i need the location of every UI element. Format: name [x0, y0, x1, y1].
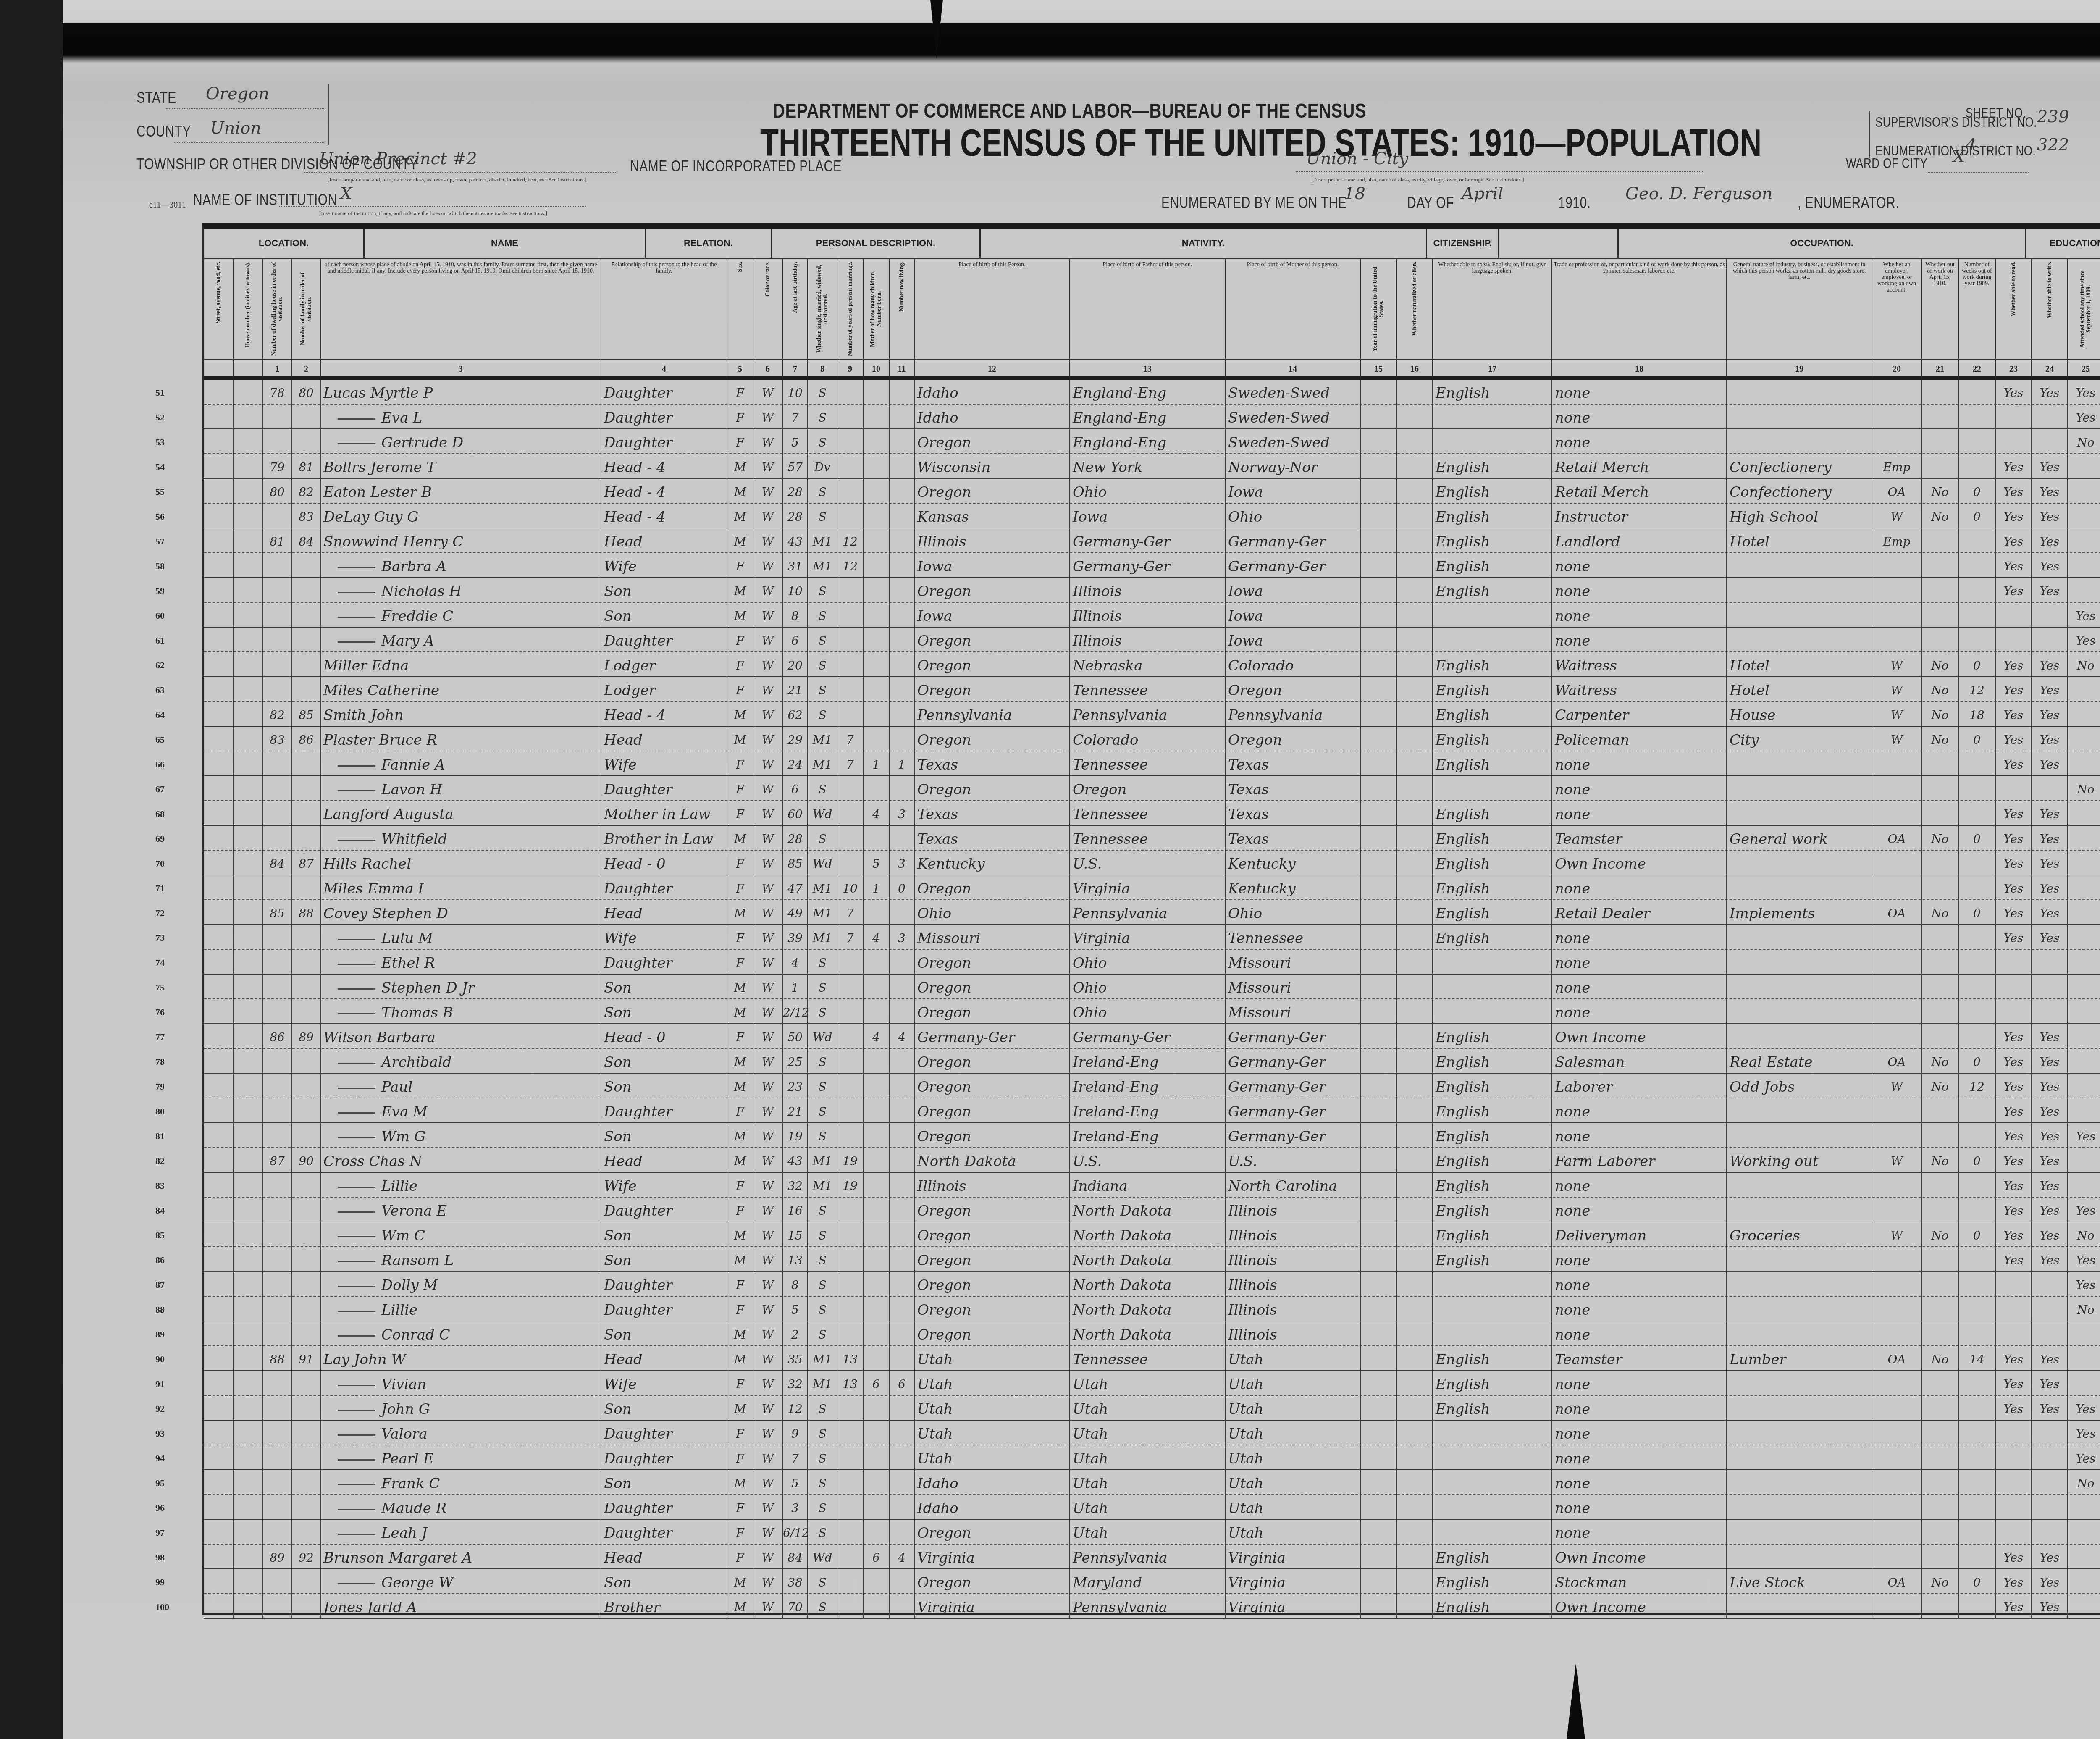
township-underline	[304, 172, 617, 173]
cell-text: Head - 4	[604, 484, 666, 501]
cell-write	[2032, 1297, 2068, 1321]
cell-text: F	[736, 1105, 744, 1119]
cell-marital: S	[808, 1198, 837, 1222]
cell-english: English	[1433, 578, 1552, 603]
cell-empty	[204, 553, 234, 578]
cell-text: Yes	[2004, 510, 2024, 524]
cell-emp	[1872, 429, 1922, 454]
cell-text: City	[1730, 732, 1759, 749]
same-surname-dash	[338, 1013, 375, 1014]
cell-read: Yes	[1996, 851, 2032, 875]
cell-mother: Utah	[1226, 1346, 1361, 1371]
cell-empty	[234, 1346, 263, 1371]
cell-race: W	[753, 999, 783, 1024]
cell-empty	[234, 1173, 263, 1198]
table-row: 8285Smith JohnHead - 4MW62SPennsylvaniaP…	[204, 702, 2100, 727]
cell-empty	[204, 925, 234, 950]
cell-text: 12	[787, 1402, 803, 1416]
cell-text: 0	[1973, 1229, 1981, 1243]
cell-text: Yes	[2004, 1377, 2024, 1391]
cell-text: North Dakota	[1073, 1327, 1171, 1343]
cell-text: W	[762, 1353, 774, 1366]
cell-text: Yes	[2004, 906, 2024, 920]
cell-text: Texas	[917, 831, 958, 848]
cell-empty	[204, 975, 234, 999]
cell-weeks	[1959, 999, 1996, 1024]
cell-born	[864, 1520, 890, 1545]
cell-text: 70	[787, 1600, 803, 1614]
cell-text: Yes	[2040, 1576, 2060, 1589]
table-row: Leah JDaughterFW6/12SOregonUtahUtahnone	[204, 1520, 2100, 1545]
cell-name: Miles Catherine	[321, 677, 601, 702]
cell-industry: Confectionery	[1727, 479, 1872, 504]
cell-born	[864, 1272, 890, 1297]
column-number: 3	[321, 359, 601, 380]
cell-name: Covey Stephen D	[321, 900, 601, 925]
cell-name: Gertrude D	[321, 429, 601, 454]
cell-out	[1922, 1594, 1959, 1619]
cell-age: 31	[783, 553, 808, 578]
cell-text: OA	[1887, 906, 1906, 920]
cell-out	[1922, 578, 1959, 603]
cell-dwelling	[263, 652, 292, 677]
cell-race: W	[753, 1222, 783, 1247]
cell-years-married	[837, 1569, 864, 1594]
cell-empty	[1397, 1074, 1433, 1098]
cell-empty	[234, 479, 263, 504]
cell-text: Illinois	[1073, 608, 1122, 625]
cell-empty	[1397, 628, 1433, 652]
cell-out	[1922, 628, 1959, 652]
same-surname-dash	[338, 1261, 375, 1262]
cell-text: Yes	[2004, 460, 2024, 474]
cell-industry: Hotel	[1727, 677, 1872, 702]
column-header-24: Whether able to write.	[2032, 258, 2068, 359]
cell-sex: M	[727, 1123, 753, 1148]
cell-dwelling	[263, 677, 292, 702]
cell-weeks	[1959, 1545, 1996, 1569]
table-row: 8487Hills RachelHead - 0FW85Wd53Kentucky…	[204, 851, 2100, 875]
cell-marital: S	[808, 603, 837, 628]
cell-age: 3	[783, 1495, 808, 1520]
cell-text: Germany-Ger	[1228, 1128, 1326, 1145]
cell-family: 90	[292, 1148, 321, 1173]
cell-text: 13	[787, 1253, 803, 1267]
column-number: 25	[2068, 359, 2100, 380]
cell-empty	[1361, 950, 1397, 975]
cell-living	[890, 1594, 915, 1619]
cell-trade: none	[1552, 1272, 1727, 1297]
line-number-left: 74	[155, 957, 165, 968]
cell-marital: M1	[808, 1173, 837, 1198]
cell-empty	[1397, 429, 1433, 454]
cell-trade: Policeman	[1552, 727, 1727, 751]
cell-text: Missouri	[1228, 1004, 1291, 1021]
cell-name: Mary A	[321, 628, 601, 652]
cell-text: Utah	[1228, 1500, 1264, 1517]
cell-empty	[204, 1049, 234, 1074]
cell-text: Son	[604, 1079, 632, 1095]
column-header-text: Whether single, married, widowed, or div…	[816, 262, 829, 356]
cell-write: Yes	[2032, 851, 2068, 875]
cell-school	[2068, 826, 2100, 851]
cell-father: Ireland-Eng	[1070, 1049, 1226, 1074]
line-number-left: 75	[155, 982, 165, 993]
cell-empty	[1397, 999, 1433, 1024]
cell-mother: Illinois	[1226, 1198, 1361, 1222]
cell-trade: none	[1552, 1371, 1727, 1396]
cell-text: Tennessee	[1073, 831, 1148, 848]
cell-english: English	[1433, 528, 1552, 553]
cell-relation: Daughter	[601, 1520, 727, 1545]
column-header-17: Whether able to speak English; or, if no…	[1433, 258, 1552, 359]
cell-race: W	[753, 1098, 783, 1123]
cell-race: W	[753, 1321, 783, 1346]
cell-out: No	[1922, 1569, 1959, 1594]
cell-years-married: 19	[837, 1148, 864, 1173]
cell-text: M	[734, 733, 746, 747]
cell-english: English	[1433, 1049, 1552, 1074]
cell-years-married	[837, 1594, 864, 1619]
cell-weeks	[1959, 429, 1996, 454]
cell-text: 19	[843, 1154, 858, 1168]
cell-text: W	[1891, 733, 1903, 747]
cell-weeks: 0	[1959, 826, 1996, 851]
cell-age: 5	[783, 1297, 808, 1321]
cell-empty	[204, 1371, 234, 1396]
cell-race: W	[753, 727, 783, 751]
same-surname-dash	[338, 617, 375, 618]
cell-born	[864, 1123, 890, 1148]
cell-name: Lulu M	[321, 925, 601, 950]
cell-text: Illinois	[1228, 1252, 1277, 1269]
cell-school	[2068, 751, 2100, 776]
cell-school	[2068, 999, 2100, 1024]
cell-empty	[1397, 578, 1433, 603]
cell-text: Jones Jarld A	[323, 1599, 417, 1616]
cell-text: M1	[813, 1377, 832, 1391]
line-number-left: 85	[155, 1230, 165, 1241]
cell-marital: S	[808, 999, 837, 1024]
cell-trade: none	[1552, 875, 1727, 900]
cell-read: Yes	[1996, 751, 2032, 776]
cell-relation: Son	[601, 1074, 727, 1098]
cell-relation: Daughter	[601, 380, 727, 405]
cell-text: Wife	[604, 558, 637, 575]
cell-trade: Carpenter	[1552, 702, 1727, 727]
cell-trade: none	[1552, 1123, 1727, 1148]
cell-text: Head - 4	[604, 509, 666, 525]
column-header-15: Year of immigration to the United States…	[1361, 258, 1397, 359]
cell-read: Yes	[1996, 677, 2032, 702]
cell-text: No	[1931, 659, 1948, 672]
cell-trade: none	[1552, 1520, 1727, 1545]
cell-born	[864, 1049, 890, 1074]
cell-mother: Texas	[1226, 751, 1361, 776]
cell-school: Yes	[2068, 1396, 2100, 1421]
cell-text: Yes	[2004, 1253, 2024, 1267]
cell-empty	[1361, 528, 1397, 553]
cell-text: M	[734, 510, 746, 524]
cell-industry	[1727, 553, 1872, 578]
column-number: 13	[1070, 359, 1226, 380]
cell-text: Missouri	[1228, 980, 1291, 996]
cell-marital: S	[808, 1074, 837, 1098]
cell-text: Mother in Law	[604, 806, 711, 823]
cell-empty	[204, 1198, 234, 1222]
cell-dwelling: 81	[263, 528, 292, 553]
column-number	[234, 359, 263, 380]
cell-text: Illinois	[917, 1178, 966, 1195]
cell-text: Barbra A	[381, 558, 446, 575]
cell-school	[2068, 875, 2100, 900]
line-number-left: 100	[155, 1602, 169, 1613]
cell-out	[1922, 1198, 1959, 1222]
cell-birth: Oregon	[915, 727, 1070, 751]
cell-text: 20	[787, 659, 803, 672]
table-row: 8082Eaton Lester BHead - 4MW28SOregonOhi…	[204, 479, 2100, 504]
cell-family	[292, 553, 321, 578]
column-number: 14	[1226, 359, 1361, 380]
cell-birth: Oregon	[915, 479, 1070, 504]
cell-industry: Real Estate	[1727, 1049, 1872, 1074]
cell-empty	[1361, 628, 1397, 652]
cell-mother: Virginia	[1226, 1594, 1361, 1619]
cell-family	[292, 1421, 321, 1445]
cell-years-married	[837, 1074, 864, 1098]
cell-text: F	[736, 1427, 744, 1441]
cell-english	[1433, 950, 1552, 975]
cell-text: W	[762, 1576, 774, 1589]
cell-relation: Lodger	[601, 677, 727, 702]
cell-race: W	[753, 1074, 783, 1098]
table-row: Conrad CSonMW2SOregonNorth DakotaIllinoi…	[204, 1321, 2100, 1346]
cell-father: Tennessee	[1070, 826, 1226, 851]
cell-text: Son	[604, 1004, 632, 1021]
same-surname-dash	[338, 1286, 375, 1287]
cell-relation: Daughter	[601, 1421, 727, 1445]
cell-text: Odd Jobs	[1730, 1079, 1795, 1095]
cell-father: Utah	[1070, 1445, 1226, 1470]
cell-empty	[1361, 429, 1397, 454]
cell-marital: S	[808, 1520, 837, 1545]
cell-text: Yes	[2040, 510, 2060, 524]
cell-text: Hotel	[1730, 533, 1769, 550]
table-row: Jones Jarld ABrotherMW70SVirginiaPennsyl…	[204, 1594, 2100, 1619]
cell-text: Ohio	[917, 905, 951, 922]
cell-sex: F	[727, 1173, 753, 1198]
line-number-left: 56	[155, 511, 165, 522]
column-header-21: Whether out of work on April 15, 1910.	[1922, 258, 1959, 359]
cell-years-married: 12	[837, 528, 864, 553]
cell-text: Yes	[2004, 832, 2024, 846]
cell-text: Brunson Margaret A	[323, 1550, 472, 1566]
cell-relation: Daughter	[601, 1198, 727, 1222]
cell-weeks	[1959, 578, 1996, 603]
cell-sex: M	[727, 1049, 753, 1074]
table-row: 8689Wilson BarbaraHead - 0FW50Wd44German…	[204, 1024, 2100, 1049]
cell-dwelling	[263, 1123, 292, 1148]
cell-birth: Oregon	[915, 677, 1070, 702]
cell-birth: Oregon	[915, 1049, 1070, 1074]
cell-write: Yes	[2032, 504, 2068, 528]
cell-race: W	[753, 1495, 783, 1520]
cell-race: W	[753, 1371, 783, 1396]
cell-mother: Ohio	[1226, 900, 1361, 925]
cell-text: 12	[843, 560, 858, 573]
cell-text: none	[1555, 1327, 1590, 1343]
cell-relation: Wife	[601, 1371, 727, 1396]
same-surname-dash	[338, 1335, 375, 1337]
cell-text: English	[1436, 1029, 1490, 1046]
cell-text: Freddie C	[381, 608, 453, 625]
cell-marital: M1	[808, 553, 837, 578]
cell-text: Daughter	[604, 434, 672, 451]
cell-text: Idaho	[917, 1500, 958, 1517]
cell-birth: Virginia	[915, 1594, 1070, 1619]
column-header-text: Number of dwelling house in order of vis…	[271, 262, 283, 356]
cell-industry	[1727, 380, 1872, 405]
cell-empty	[1397, 1594, 1433, 1619]
cell-text: Lavon H	[381, 781, 442, 798]
cell-birth: Oregon	[915, 1272, 1070, 1297]
cell-text: English	[1436, 905, 1490, 922]
column-header-text: Whether able to read.	[2011, 262, 2017, 316]
cell-text: Yes	[2040, 1204, 2060, 1218]
cell-empty	[1361, 1148, 1397, 1173]
enumerated-month: April	[1462, 184, 1503, 203]
cell-text: 7	[846, 906, 854, 920]
cell-weeks	[1959, 454, 1996, 479]
cell-born	[864, 652, 890, 677]
cell-text: W	[762, 1130, 774, 1143]
column-number: 5	[727, 359, 753, 380]
cell-text: North Dakota	[1073, 1252, 1171, 1269]
cell-emp	[1872, 578, 1922, 603]
cell-write	[2032, 405, 2068, 429]
cell-birth: Oregon	[915, 776, 1070, 801]
cell-text: Yes	[2040, 1402, 2060, 1416]
cell-text: 2	[791, 1328, 799, 1342]
cell-trade: none	[1552, 1396, 1727, 1421]
cell-text: S	[818, 956, 826, 970]
cell-marital: M1	[808, 751, 837, 776]
cell-text: S	[818, 1600, 826, 1614]
cell-read: Yes	[1996, 479, 2032, 504]
cell-sex: F	[727, 950, 753, 975]
cell-mother: Texas	[1226, 776, 1361, 801]
cell-text: Germany-Ger	[1228, 1079, 1326, 1095]
cell-industry	[1727, 578, 1872, 603]
cell-sex: M	[727, 1396, 753, 1421]
cell-industry	[1727, 950, 1872, 975]
column-header-25: Attended school any time since September…	[2068, 258, 2100, 359]
table-row: ArchibaldSonMW25SOregonIreland-EngGerman…	[204, 1049, 2100, 1074]
cell-empty	[1361, 801, 1397, 826]
column-header-text: Number now living.	[899, 262, 905, 311]
cell-weeks: 0	[1959, 504, 1996, 528]
cell-empty	[204, 1321, 234, 1346]
cell-living: 4	[890, 1545, 915, 1569]
cell-living	[890, 652, 915, 677]
top-notch	[930, 0, 943, 59]
cell-age: 9	[783, 1421, 808, 1445]
cell-born	[864, 1247, 890, 1272]
line-number-left: 77	[155, 1032, 165, 1043]
cell-write	[2032, 1470, 2068, 1495]
cell-school	[2068, 479, 2100, 504]
cell-text: S	[818, 1427, 826, 1441]
cell-birth: Utah	[915, 1346, 1070, 1371]
cell-empty	[1361, 1371, 1397, 1396]
cell-relation: Head - 4	[601, 702, 727, 727]
table-row: PaulSonMW23SOregonIreland-EngGermany-Ger…	[204, 1074, 2100, 1098]
cell-age: 85	[783, 851, 808, 875]
cell-text: High School	[1730, 509, 1818, 525]
cell-race: W	[753, 454, 783, 479]
cell-name: Eaton Lester B	[321, 479, 601, 504]
cell-text: Yes	[2076, 1452, 2096, 1466]
cell-text: none	[1555, 980, 1590, 996]
cell-english	[1433, 776, 1552, 801]
cell-text: Nicholas H	[381, 583, 462, 600]
cell-sex: M	[727, 1222, 753, 1247]
cell-years-married: 7	[837, 727, 864, 751]
cell-living	[890, 1445, 915, 1470]
cell-living: 6	[890, 1371, 915, 1396]
cell-family	[292, 1495, 321, 1520]
cell-trade: none	[1552, 1297, 1727, 1321]
cell-name: Pearl E	[321, 1445, 601, 1470]
cell-text: W	[762, 1179, 774, 1193]
cell-relation: Head	[601, 1148, 727, 1173]
cell-text: 1	[791, 981, 799, 995]
cell-relation: Daughter	[601, 950, 727, 975]
cell-living	[890, 776, 915, 801]
table-row: 8790Cross Chas NHeadMW43M119North Dakota…	[204, 1148, 2100, 1173]
cell-read: Yes	[1996, 1173, 2032, 1198]
cell-text: 7	[846, 733, 854, 747]
same-surname-dash	[338, 641, 375, 643]
cell-text: none	[1555, 781, 1590, 798]
cell-empty	[204, 380, 234, 405]
cell-text: S	[818, 783, 826, 796]
cell-dwelling: 88	[263, 1346, 292, 1371]
cell-dwelling: 84	[263, 851, 292, 875]
cell-text: Confectionery	[1730, 484, 1832, 501]
cell-industry	[1727, 1173, 1872, 1198]
cell-empty	[234, 454, 263, 479]
cell-industry: Hotel	[1727, 528, 1872, 553]
cell-sex: M	[727, 826, 753, 851]
cell-industry: Confectionery	[1727, 454, 1872, 479]
cell-text: Texas	[1228, 781, 1269, 798]
cell-empty	[1397, 1569, 1433, 1594]
cell-school	[2068, 1569, 2100, 1594]
cell-race: W	[753, 1594, 783, 1619]
cell-text: Yes	[2040, 1055, 2060, 1069]
line-number-left: 91	[155, 1379, 165, 1390]
cell-out	[1922, 1545, 1959, 1569]
cell-name: Lay John W	[321, 1346, 601, 1371]
cell-text: Yes	[2040, 1130, 2060, 1143]
cell-read: Yes	[1996, 801, 2032, 826]
cell-industry	[1727, 429, 1872, 454]
cell-text: Utah	[1073, 1426, 1108, 1442]
cell-text: English	[1436, 1376, 1490, 1393]
cell-text: English	[1436, 682, 1490, 699]
line-number-left: 99	[155, 1577, 165, 1588]
